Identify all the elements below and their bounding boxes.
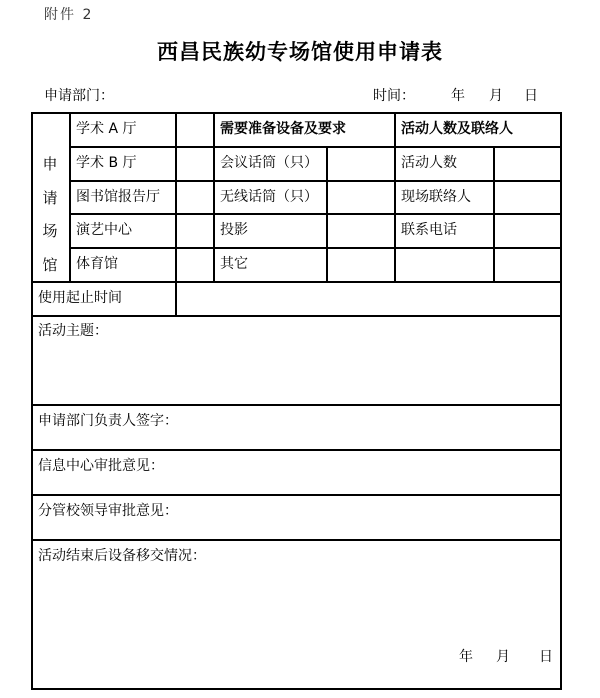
contact-item: 联系电话 (401, 222, 457, 238)
venue-group-label-2: 请 (31, 187, 69, 208)
contact-item: 现场联络人 (401, 189, 471, 205)
venue-name: 体育馆 (76, 256, 118, 272)
venue-select-cell-arts-center[interactable] (177, 215, 213, 247)
venue-group-label-3: 场 (31, 220, 69, 241)
usage-time-field[interactable] (177, 283, 560, 315)
onsite-contact-field[interactable] (495, 182, 560, 213)
venue-select-cell-gym[interactable] (177, 249, 213, 281)
venue-name: 学术 A 厅 (76, 121, 136, 137)
conference-mic-count-field[interactable] (328, 148, 394, 180)
footer-year-label: 年 (459, 649, 473, 665)
venue-group-label-4: 馆 (31, 254, 69, 275)
footer-day-label: 日 (539, 649, 553, 665)
equipment-item: 无线话筒（只） (220, 189, 318, 205)
row-divider (69, 180, 562, 182)
school-leader-approval-field[interactable] (33, 496, 560, 539)
venue-name: 学术 B 厅 (76, 155, 137, 171)
equipment-item: 会议话筒（只） (220, 155, 318, 171)
equipment-item: 投影 (220, 222, 248, 238)
info-center-approval-field[interactable] (33, 451, 560, 494)
usage-time-label: 使用起止时间 (38, 290, 122, 306)
row-divider (69, 247, 562, 249)
projector-field[interactable] (328, 215, 394, 247)
wireless-mic-count-field[interactable] (328, 182, 394, 213)
venue-name: 演艺中心 (76, 222, 132, 238)
venue-name: 图书馆报告厅 (76, 189, 160, 205)
venue-group-label-1: 申 (31, 153, 69, 174)
contact-header: 活动人数及联络人 (401, 121, 513, 137)
row-divider (69, 146, 562, 148)
equipment-handover-field[interactable] (33, 541, 560, 688)
table-border-top (31, 112, 562, 114)
venue-select-cell-b-hall[interactable] (177, 148, 213, 180)
activity-theme-field[interactable] (33, 317, 560, 404)
col-divider (394, 112, 396, 282)
col-divider (213, 112, 215, 282)
dept-head-signature-field[interactable] (33, 406, 560, 449)
footer-month-label: 月 (496, 649, 510, 665)
contact-item: 活动人数 (401, 155, 457, 171)
row-divider (69, 213, 562, 215)
equipment-header: 需要准备设备及要求 (220, 121, 346, 137)
contact-phone-field[interactable] (495, 215, 560, 247)
table-border-bottom (31, 688, 562, 690)
col-divider (69, 112, 71, 282)
other-equipment-field[interactable] (328, 249, 394, 281)
equipment-item: 其它 (220, 256, 248, 272)
venue-select-cell-a-hall[interactable] (177, 114, 213, 146)
venue-select-cell-library[interactable] (177, 182, 213, 213)
attendee-count-field[interactable] (495, 148, 560, 180)
table-border-right (560, 112, 562, 690)
